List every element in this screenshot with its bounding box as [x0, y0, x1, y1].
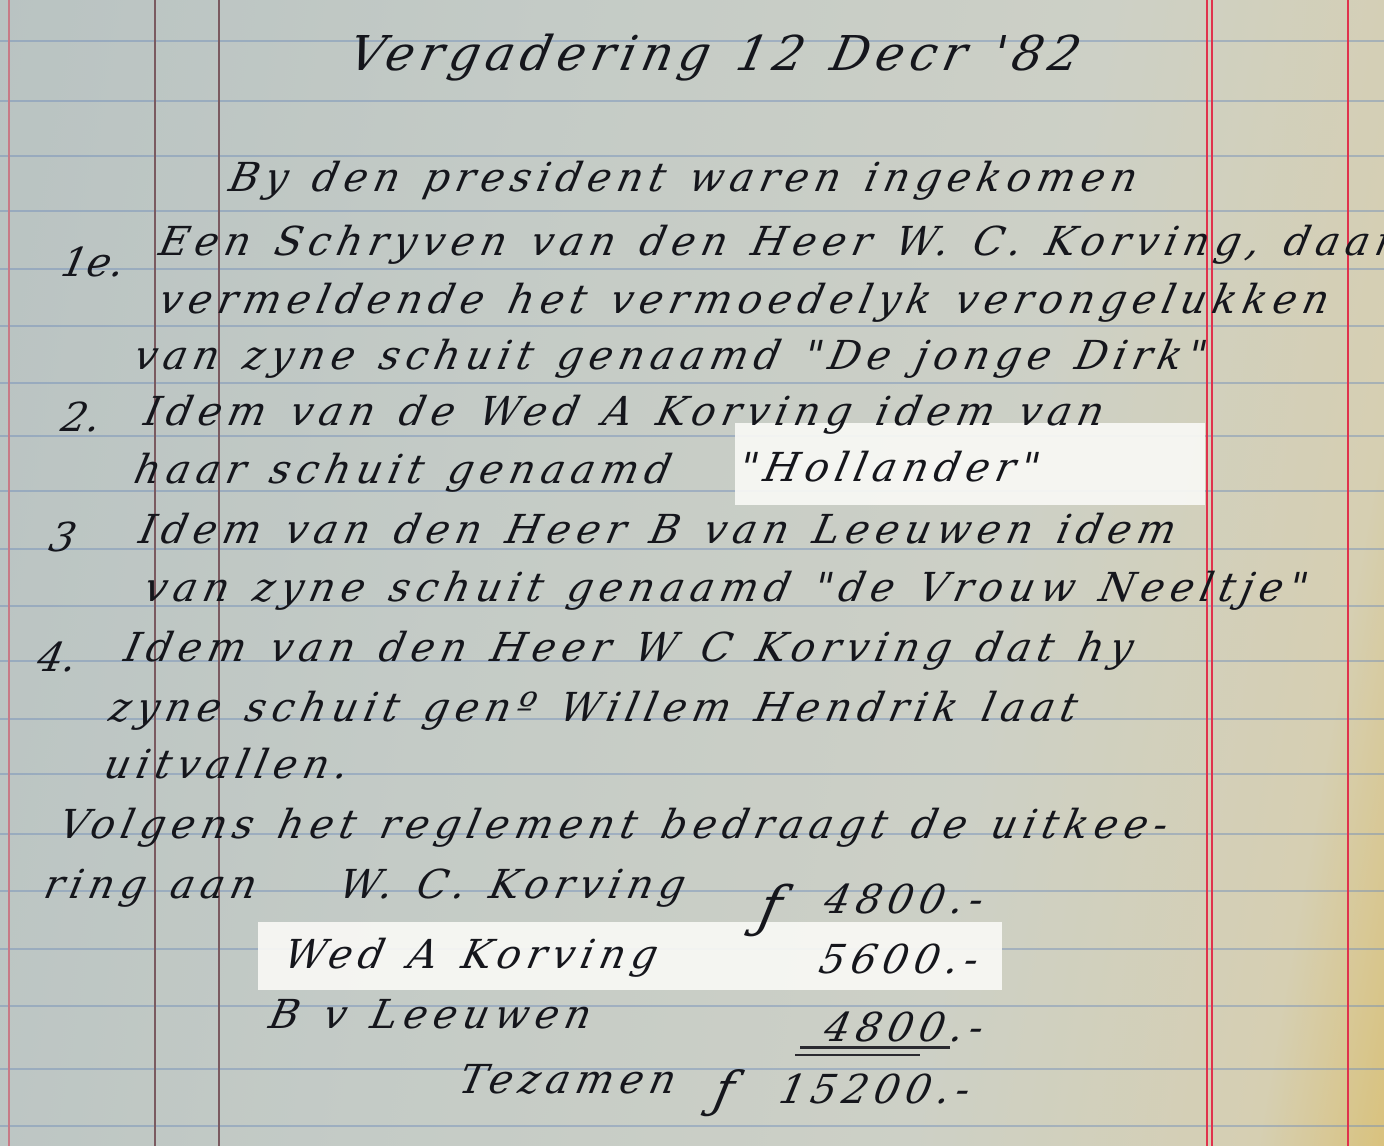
item-line: Idem van de Wed A Korving idem van [141, 392, 1114, 432]
item-line: vermeldende het vermoedelyk verongelukke… [156, 280, 1339, 320]
ruled-line [0, 382, 1384, 384]
ledger-page: Vergadering 12 Decr '82 By den president… [0, 0, 1384, 1146]
item-number: 1e. [57, 240, 129, 286]
ruled-line [0, 268, 1384, 270]
payout-name: W. C. Korving [336, 865, 695, 905]
page-edge-line [8, 0, 10, 1146]
sum-underline [800, 1046, 950, 1049]
payout-line: Volgens het reglement bedraagt de uitkee… [56, 805, 1178, 845]
total-label: Tezamen [456, 1060, 686, 1100]
item-line: Een Schryven van den Heer W. C. Korving,… [156, 222, 1384, 262]
item-line: van zyne schuit genaamd "de Vrouw Neeltj… [141, 568, 1318, 608]
item-line: uitvallen. [101, 745, 358, 785]
ruled-line [0, 210, 1384, 212]
payout-name: B v Leeuwen [266, 995, 601, 1035]
item-number: 4. [33, 635, 81, 681]
item-line: van zyne schuit genaamd "De jonge Dirk" [131, 336, 1217, 376]
intro-line: By den president waren ingekomen [226, 158, 1147, 198]
item-number: 3 [45, 515, 80, 561]
payout-line: ring aan [41, 865, 267, 905]
ruled-line [0, 100, 1384, 102]
sum-underline [795, 1054, 920, 1056]
item-line: zyne schuit genº Willem Hendrik laat [106, 688, 1087, 728]
margin-line-right-3 [1347, 0, 1349, 1146]
payout-amount: 4800.- [821, 880, 994, 920]
item-line: haar schuit genaamd [131, 450, 681, 490]
item-line: Idem van den Heer B van Leeuwen idem [136, 510, 1186, 550]
payout-amount: 4800.- [821, 1008, 994, 1048]
ruled-line [0, 1125, 1384, 1127]
item-line: Idem van den Heer W C Korving dat hy [121, 628, 1143, 668]
ruled-line [0, 1005, 1384, 1007]
ruled-line [0, 325, 1384, 327]
payout-amount: 5600.- [816, 940, 989, 980]
payout-name: Wed A Korving [281, 935, 668, 975]
guilder-sign: ƒ [710, 1065, 745, 1115]
ship-name-hollander: "Hollander" [736, 448, 1050, 488]
total-amount: 15200.- [776, 1070, 980, 1110]
ruled-line [0, 1068, 1384, 1070]
page-title: Vergadering 12 Decr '82 [345, 30, 1091, 78]
